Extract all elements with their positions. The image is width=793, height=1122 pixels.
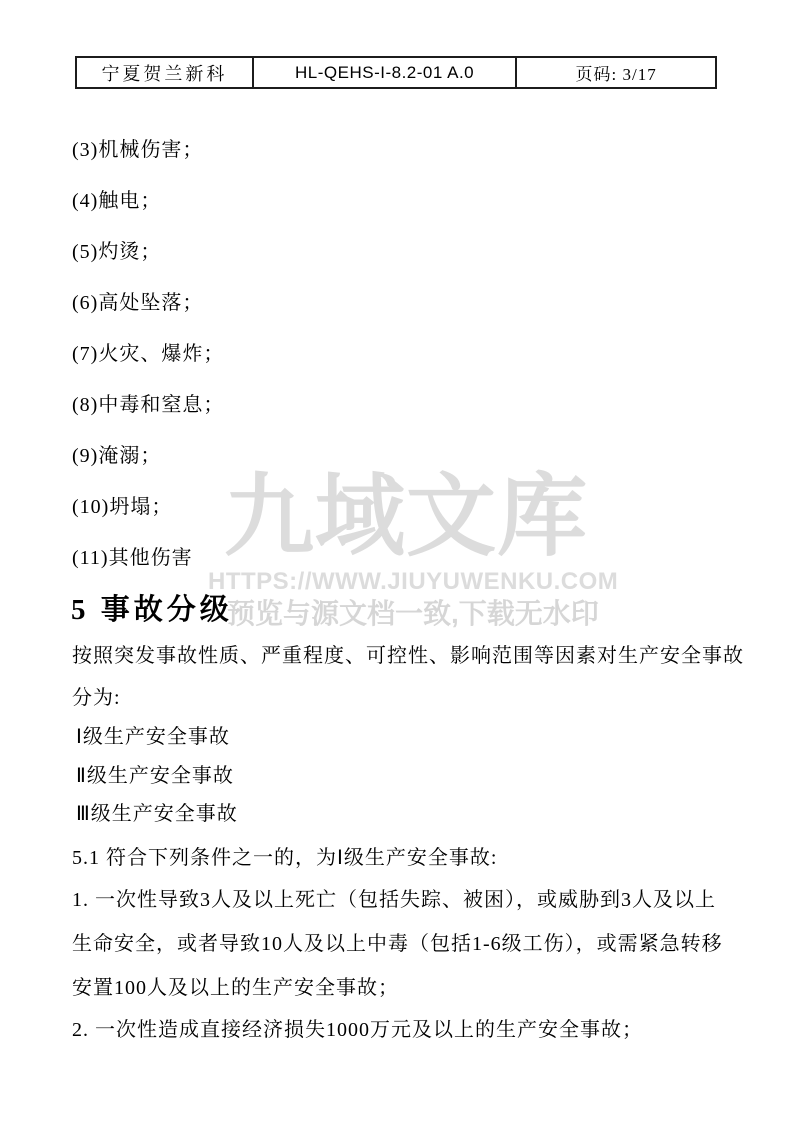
list-item: (5)灼烫；: [72, 242, 224, 262]
header-company: 宁夏贺兰新科: [77, 58, 254, 87]
document-page: 九域文库 HTTPS://WWW.JIUYUWENKU.COM 预览与源文档一致…: [0, 0, 793, 1122]
body-line-level-3: Ⅲ级生产安全事故: [76, 803, 238, 825]
list-item: (9)淹溺；: [72, 446, 224, 466]
list-item: (4)触电；: [72, 191, 224, 211]
header-doc-code: HL-QEHS-I-8.2-01 A.0: [254, 58, 517, 87]
body-line-item2-1: 2. 一次性造成直接经济损失1000万元及以上的生产安全事故；: [72, 1019, 643, 1041]
body-line-clause-51: 5.1 符合下列条件之一的，为Ⅰ级生产安全事故:: [72, 847, 497, 869]
list-item: (11)其他伤害: [72, 548, 224, 568]
list-item: (7)火灾、爆炸；: [72, 344, 224, 364]
list-item: (8)中毒和窒息；: [72, 395, 224, 415]
section-heading: 5 事故分级: [71, 595, 233, 625]
body-line-level-1: Ⅰ级生产安全事故: [76, 726, 230, 748]
hazard-list: (3)机械伤害； (4)触电； (5)灼烫； (6)高处坠落； (7)火灾、爆炸…: [72, 140, 224, 599]
body-line-item1-3: 安置100人及以上的生产安全事故；: [72, 977, 399, 999]
body-line-item1-1: 1. 一次性导致3人及以上死亡（包括失踪、被困），或威胁到3人及以上: [72, 889, 716, 911]
list-item: (10)坍塌；: [72, 497, 224, 517]
body-line-item1-2: 生命安全，或者导致10人及以上中毒（包括1-6级工伤），或需紧急转移: [72, 933, 723, 955]
document-content: 宁夏贺兰新科 HL-QEHS-I-8.2-01 A.0 页码: 3/17 (3)…: [0, 0, 793, 1122]
list-item: (6)高处坠落；: [72, 293, 224, 313]
body-line-intro-2: 分为:: [72, 687, 121, 709]
list-item: (3)机械伤害；: [72, 140, 224, 160]
header-page-number: 页码: 3/17: [517, 58, 715, 87]
body-line-intro-1: 按照突发事故性质、严重程度、可控性、影响范围等因素对生产安全事故: [72, 645, 744, 667]
header-table: 宁夏贺兰新科 HL-QEHS-I-8.2-01 A.0 页码: 3/17: [75, 56, 717, 89]
body-line-level-2: Ⅱ级生产安全事故: [76, 765, 234, 787]
